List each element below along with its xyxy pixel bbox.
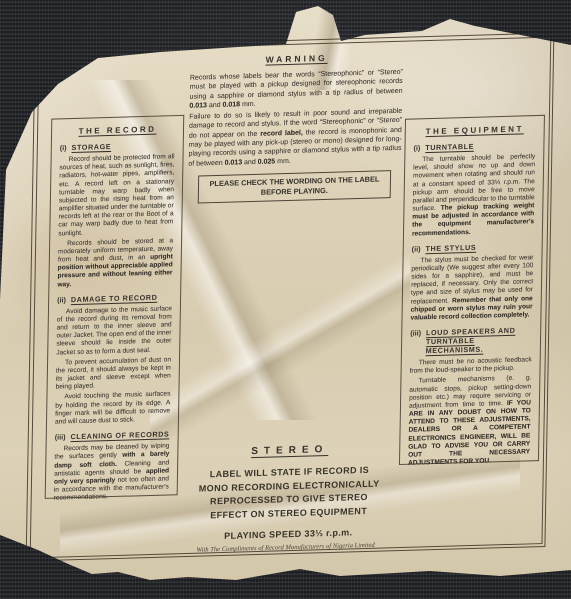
section-heading: (i)TURNTABLE <box>413 140 535 152</box>
paragraph: Avoid damage to the music surface of the… <box>56 305 172 357</box>
section-heading: (iii)CLEANING OF RECORDS <box>55 430 170 442</box>
equipment-sections: (i)TURNTABLEThe turntable should be perf… <box>408 140 536 468</box>
warning-paragraph: Records whose labels bear the words “Ste… <box>189 68 403 111</box>
paragraph: Record should be protected from all sour… <box>58 153 174 238</box>
section-number: (ii) <box>57 295 66 304</box>
the-record-column: THE RECORD (i)STORAGERecord should be pr… <box>45 115 185 499</box>
warning-body: Records whose labels bear the words “Ste… <box>188 68 403 169</box>
section-number: (ii) <box>412 244 421 253</box>
paragraph: There must be no acoustic feedback from … <box>410 356 532 376</box>
paragraph: The stylus must be checked for wear peri… <box>410 254 533 323</box>
section-heading: (ii)THE STYLUS <box>412 241 534 253</box>
paper-sleeve: THE RECORD (i)STORAGERecord should be pr… <box>0 0 571 599</box>
section-number: (iii) <box>55 432 66 441</box>
photo-of-record-sleeve-back: THE RECORD (i)STORAGERecord should be pr… <box>0 0 571 599</box>
section-heading: (i)STORAGE <box>60 140 175 152</box>
record-column-title: THE RECORD <box>60 124 175 136</box>
section-title: LOUD SPEAKERS AND TURNTABLE MECHANISMS. <box>426 325 533 355</box>
section-title: THE STYLUS <box>425 242 476 252</box>
stereo-block: STEREO LABEL WILL STATE IF RECORD ISMONO… <box>141 436 437 524</box>
equipment-column-title: THE EQUIPMENT <box>414 124 536 136</box>
the-equipment-column: THE EQUIPMENT (i)TURNTABLEThe turntable … <box>399 115 545 465</box>
section-number: (i) <box>413 143 420 152</box>
stereo-statement: LABEL WILL STATE IF RECORD ISMONO RECORD… <box>141 462 437 524</box>
notice-box: PLEASE CHECK THE WORDING ON THE LABEL BE… <box>198 170 391 203</box>
stereo-title: STEREO <box>251 444 328 457</box>
section-heading: (ii)DAMAGE TO RECORD <box>57 292 172 304</box>
section-number: (i) <box>60 143 67 152</box>
warning-paragraph: Failure to do so is likely to result in … <box>188 107 402 169</box>
section-title: DAMAGE TO RECORD <box>71 292 158 303</box>
paragraph: Avoid touching the music surfaces by hol… <box>55 391 171 427</box>
paragraph: Records should be stored at a moderately… <box>57 237 173 289</box>
section-title: CLEANING OF RECORDS <box>70 430 169 442</box>
paragraph: To prevent accumulation of dust on the r… <box>56 356 172 392</box>
section-title: STORAGE <box>72 142 112 152</box>
section-title: TURNTABLE <box>425 142 474 152</box>
warning-column: WARNING Records whose labels bear the wo… <box>188 51 403 204</box>
printed-sheet: THE RECORD (i)STORAGERecord should be pr… <box>26 33 555 562</box>
paragraph: The turntable should be perfectly level,… <box>412 153 535 238</box>
section-number: (iii) <box>410 328 421 355</box>
section-heading: (iii)LOUD SPEAKERS AND TURNTABLE MECHANI… <box>410 325 532 355</box>
